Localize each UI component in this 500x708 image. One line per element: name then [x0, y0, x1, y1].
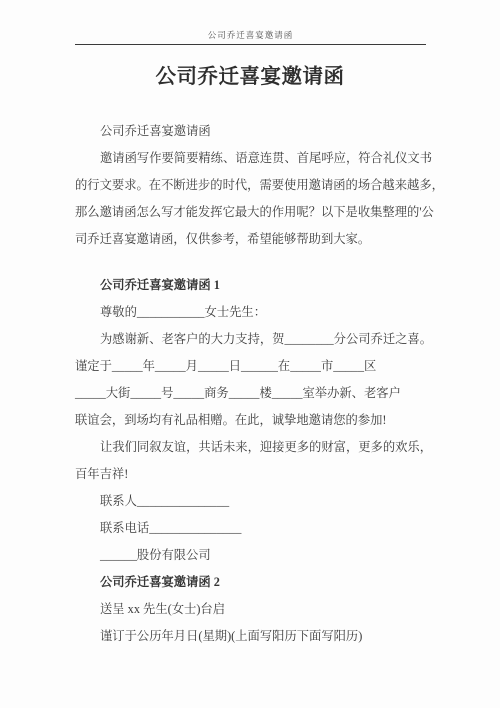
intro-title-line: 公司乔迁喜宴邀请函 [75, 118, 427, 145]
contact-person-line: 联系人_______________ [75, 488, 427, 515]
section-2-heading: 公司乔迁喜宴邀请函 2 [75, 569, 427, 596]
wishes-line-1: 让我们同叙友谊，共话未来，迎接更多的财富，更多的欢乐， [75, 434, 427, 461]
running-header: 公司乔迁喜宴邀请函 [75, 29, 426, 41]
intro-paragraph-line-4: 司乔迁喜宴邀请函，仅供参考，希望能够帮助到大家。 [75, 226, 427, 253]
contact-phone-line: 联系电话_______________ [75, 515, 427, 542]
company-signature-line: ______股份有限公司 [75, 542, 427, 569]
salutation-line: 尊敬的___________女士先生： [75, 299, 427, 326]
section-1-heading: 公司乔迁喜宴邀请函 1 [75, 272, 427, 299]
recipient-line: 送呈 xx 先生(女士)台启 [75, 596, 427, 623]
intro-paragraph-line-1: 邀请函写作要简要精练、语意连贯、首尾呼应，符合礼仪文书 [75, 145, 427, 172]
document-page: 公司乔迁喜宴邀请函 公司乔迁喜宴邀请函 公司乔迁喜宴邀请函 邀请函写作要简要精练… [0, 0, 500, 708]
header-divider [75, 44, 426, 45]
date-note-line: 谨订于公历年月日(星期)(上面写阳历下面写阳历) [75, 623, 427, 650]
date-venue-line-2: _____大街_____号_____商务_____楼_____室举办新、老客户 [75, 380, 427, 407]
document-body: 公司乔迁喜宴邀请函 邀请函写作要简要精练、语意连贯、首尾呼应，符合礼仪文书 的行… [75, 118, 427, 650]
thanks-line: 为感谢新、老客户的大力支持，贺________分公司乔迁之喜。 [75, 326, 427, 353]
gathering-line: 联谊会，到场均有礼品相赠。在此，诚挚地邀请您的参加! [75, 407, 427, 434]
document-title: 公司乔迁喜宴邀请函 [0, 59, 500, 89]
intro-paragraph-line-2: 的行文要求。在不断进步的时代，需要使用邀请函的场合越来越多， [75, 172, 427, 199]
wishes-line-2: 百年吉祥! [75, 461, 427, 488]
date-venue-line-1: 谨定于_____年_____月_____日______在_____市_____区 [75, 353, 427, 380]
intro-paragraph-line-3: 那么邀请函怎么写才能发挥它最大的作用呢？以下是收集整理的'公 [75, 199, 427, 226]
